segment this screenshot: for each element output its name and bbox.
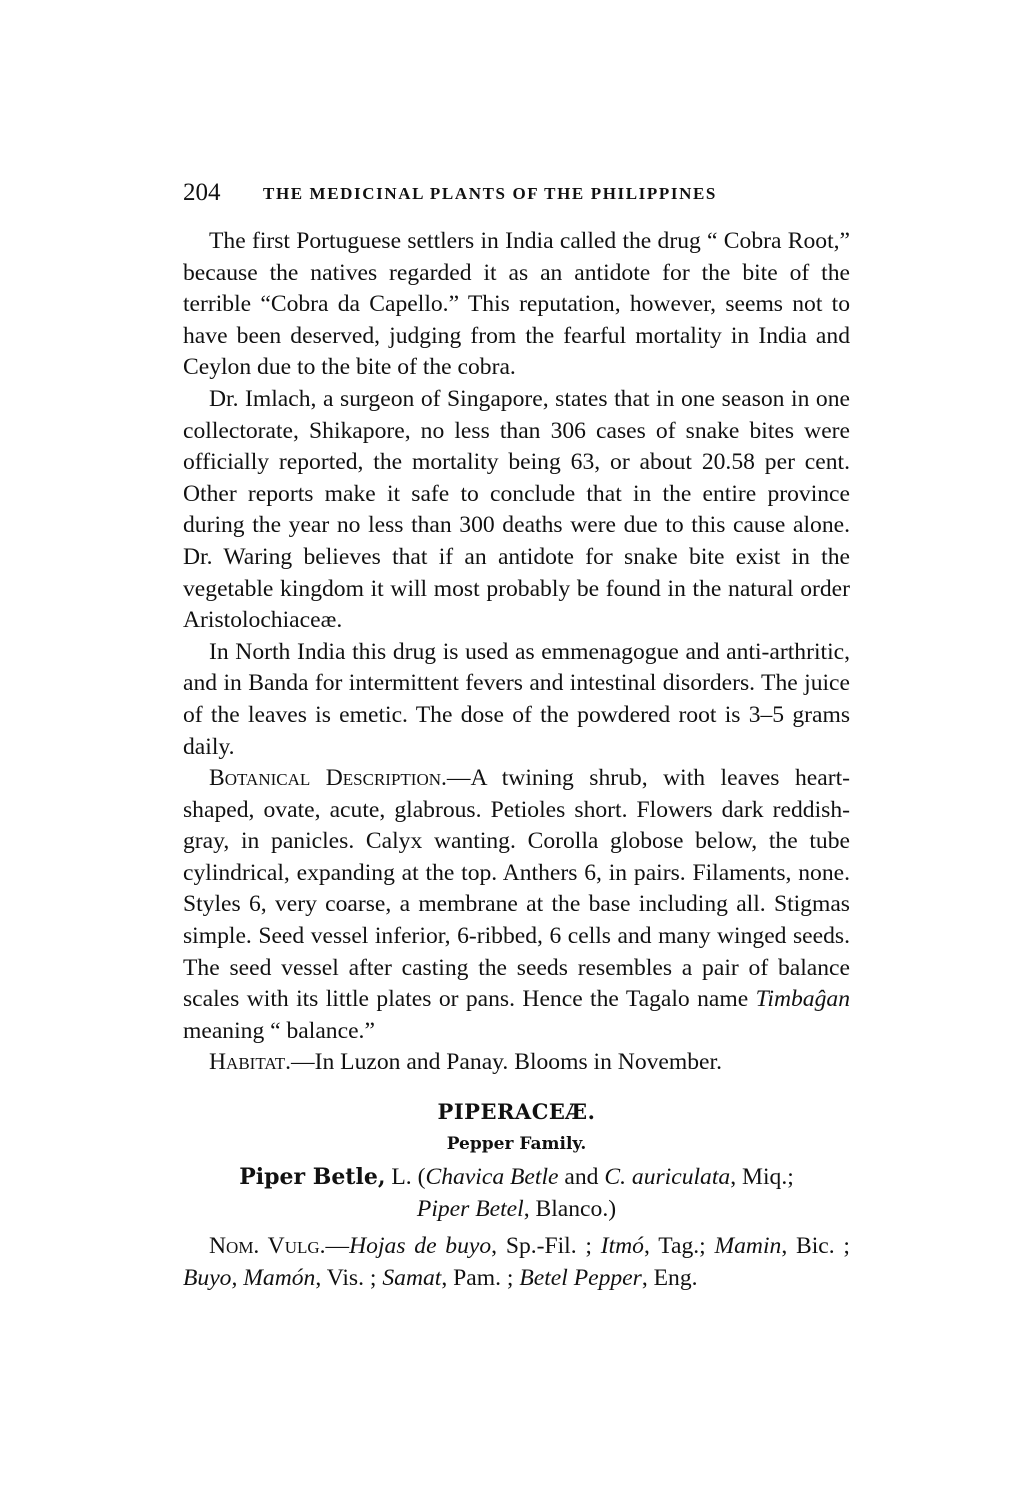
nom-vulg-dash: — xyxy=(326,1233,350,1259)
family-heading: PIPERACEÆ. xyxy=(183,1097,850,1127)
habitat-text: —In Luzon and Panay. Blooms in November. xyxy=(291,1049,722,1075)
vernacular-language: , Bic. ; xyxy=(781,1233,850,1259)
vernacular-language: , Sp.-Fil. ; xyxy=(491,1233,601,1259)
tagalo-name: Timbaĝan xyxy=(756,986,850,1012)
species-entry: Piper Betle, L. (Chavica Betle and C. au… xyxy=(183,1161,850,1193)
synonym-blanco: , Blanco.) xyxy=(524,1196,616,1222)
paragraph-habitat: Habitat.—In Luzon and Panay. Blooms in N… xyxy=(183,1047,850,1079)
page-header: 204 THE MEDICINAL PLANTS OF THE PHILIPPI… xyxy=(183,178,853,212)
synonym-open: ( xyxy=(412,1164,426,1190)
synonym-miq: , Miq.; xyxy=(730,1164,794,1190)
vernacular-name: Hojas de buyo xyxy=(349,1233,491,1259)
running-title: THE MEDICINAL PLANTS OF THE PHILIPPINES xyxy=(263,183,717,205)
synonym-chavica-betle: Chavica Betle xyxy=(425,1164,558,1190)
vernacular-name: Itmó xyxy=(601,1233,644,1259)
synonym-c-auriculata: C. auriculata xyxy=(604,1164,730,1190)
species-author: L. xyxy=(386,1164,412,1190)
vernacular-language: , Eng. xyxy=(642,1265,698,1291)
body-text: The first Portuguese settlers in India c… xyxy=(183,226,850,1294)
vernacular-name: Buyo, Mamón xyxy=(183,1265,315,1291)
botanical-description-label: Botanical Description. xyxy=(209,765,447,791)
botanical-description-end: meaning “ balance.” xyxy=(183,1018,375,1044)
species-synonym-line: Piper Betel, Blanco.) xyxy=(183,1193,850,1225)
family-subheading: Pepper Family. xyxy=(183,1129,850,1159)
book-page: 204 THE MEDICINAL PLANTS OF THE PHILIPPI… xyxy=(0,0,1010,1506)
synonym-piper-betel: Piper Betel xyxy=(417,1196,524,1222)
vernacular-name: Betel Pepper xyxy=(519,1265,642,1291)
page-number: 204 xyxy=(183,178,221,208)
vernacular-language: , Pam. ; xyxy=(441,1265,519,1291)
synonym-and: and xyxy=(558,1164,604,1190)
vernacular-language: , Tag.; xyxy=(644,1233,715,1259)
paragraph-north-india: In North India this drug is used as emme… xyxy=(183,637,850,763)
paragraph-cobra-root: The first Portuguese settlers in India c… xyxy=(183,226,850,384)
vernacular-name: Samat xyxy=(382,1265,441,1291)
vernacular-name: Mamin xyxy=(714,1233,781,1259)
paragraph-botanical-description: Botanical Description.—A twining shrub, … xyxy=(183,763,850,1047)
paragraph-nom-vulg: Nom. Vulg.—Hojas de buyo, Sp.-Fil. ; Itm… xyxy=(183,1231,850,1294)
habitat-label: Habitat. xyxy=(209,1049,291,1075)
species-name: Piper Betle, xyxy=(239,1164,385,1190)
vernacular-language: , Vis. ; xyxy=(315,1265,382,1291)
nom-vulg-label: Nom. Vulg. xyxy=(209,1233,326,1259)
botanical-description-text: —A twining shrub, with leaves heart-shap… xyxy=(183,765,850,1012)
paragraph-imlach: Dr. Imlach, a surgeon of Singapore, stat… xyxy=(183,384,850,637)
